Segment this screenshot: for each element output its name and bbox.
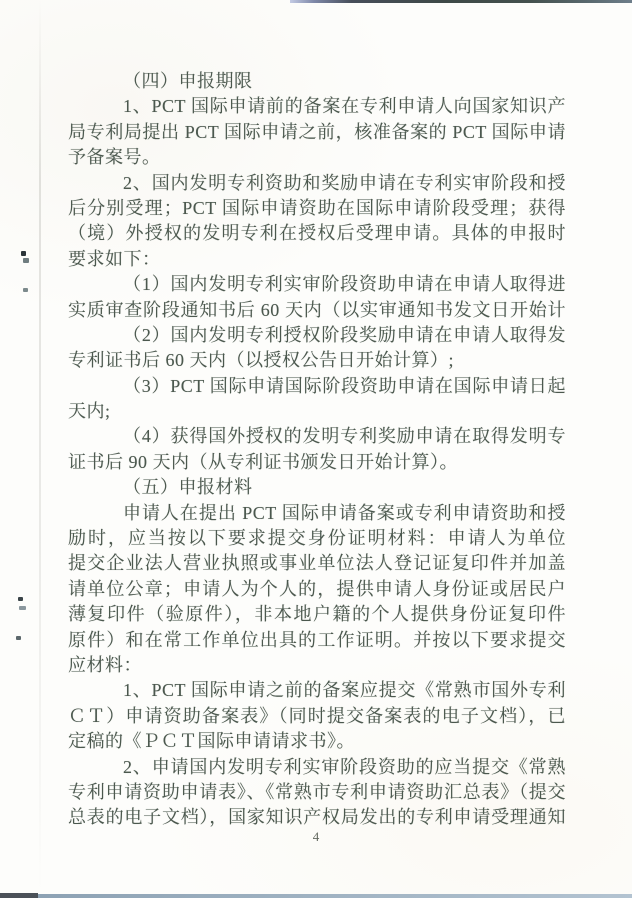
text-line: 专利证书后 60 天内（以授权公告日开始计算）; (68, 348, 566, 373)
scan-speck (18, 597, 23, 601)
text-line: 专利申请资助申请表》、《常熟市专利申请资助汇总表》（提交汇 (68, 780, 566, 805)
text-line: 1、PCT 国际申请之前的备案应提交《常熟市国外专利（Ｐ (68, 678, 566, 703)
text-line: 予备案号。 (68, 145, 566, 170)
scanned-document-page: （四）申报期限1、PCT 国际申请前的备案在专利申请人向国家知识产权局专利局提出… (0, 0, 632, 898)
text-line: （四）申报期限 (68, 69, 566, 94)
paper-fold-line (39, 0, 41, 893)
text-line: （境）外授权的发明专利在授权后受理申请。具体的申报时间 (68, 221, 566, 246)
text-line: 请单位公章；申请人为个人的，提供申请人身份证或居民户口 (68, 577, 566, 602)
text-line: 1、PCT 国际申请前的备案在专利申请人向国家知识产权 (68, 94, 566, 119)
text-line: ＣＴ）申请资助备案表》（同时提交备案表的电子文档），已经 (68, 704, 566, 729)
scan-speck (16, 636, 21, 640)
text-line: 2、申请国内发明专利实审阶段资助的应当提交《常熟市 (68, 755, 566, 780)
text-line: （1）国内发明专利实审阶段资助申请在申请人取得进入 (68, 272, 566, 297)
text-block: （四）申报期限1、PCT 国际申请前的备案在专利申请人向国家知识产权局专利局提出… (68, 69, 566, 831)
text-line: 天内; (68, 399, 566, 424)
scan-edge-top (290, 0, 632, 3)
text-line: 定稿的《ＰＣＴ国际申请请求书》。 (68, 729, 566, 754)
text-line: 励时，应当按以下要求提交身份证明材料：申请人为单位的， (68, 526, 566, 551)
text-line: 2、国内发明专利资助和奖励申请在专利实审阶段和授权 (68, 171, 566, 196)
text-line: （3）PCT 国际申请国际阶段资助申请在国际申请日起 90 (68, 374, 566, 399)
text-line: 原件）和在常工作单位出具的工作证明。并按以下要求提交相 (68, 628, 566, 653)
text-line: 薄复印件（验原件），非本地户籍的个人提供身份证复印件（验 (68, 602, 566, 627)
text-line: （4）获得国外授权的发明专利奖励申请在取得发明专利 (68, 424, 566, 449)
text-line: 局专利局提出 PCT 国际申请之前，核准备案的 PCT 国际申请给 (68, 120, 566, 145)
text-line: （2）国内发明专利授权阶段奖励申请在申请人取得发明 (68, 323, 566, 348)
text-line: 实质审查阶段通知书后 60 天内（以实审通知书发文日开始计算）; (68, 298, 566, 323)
scan-edge-bottom-light (38, 894, 632, 898)
text-line: 申请人在提出 PCT 国际申请备案或专利申请资助和授权奖 (68, 501, 566, 526)
text-line: 总表的电子文档），国家知识产权局发出的专利申请受理通知书、 (68, 805, 566, 830)
text-line: 应材料： (68, 653, 566, 678)
text-line: 后分别受理；PCT 国际申请资助在国际申请阶段受理；获得国 (68, 196, 566, 221)
scan-speck (19, 606, 26, 610)
text-line: 要求如下： (68, 247, 566, 272)
text-line: 证书后 90 天内（从专利证书颁发日开始计算）。 (68, 450, 566, 475)
scan-speck (23, 288, 28, 292)
text-line: （五）申报材料 (68, 475, 566, 500)
scan-speck (23, 258, 29, 263)
scan-speck (21, 251, 26, 256)
scan-edge-bottom-dark (0, 893, 38, 898)
text-line: 提交企业法人营业执照或事业单位法人登记证复印件并加盖申 (68, 551, 566, 576)
page-number: 4 (0, 829, 632, 845)
